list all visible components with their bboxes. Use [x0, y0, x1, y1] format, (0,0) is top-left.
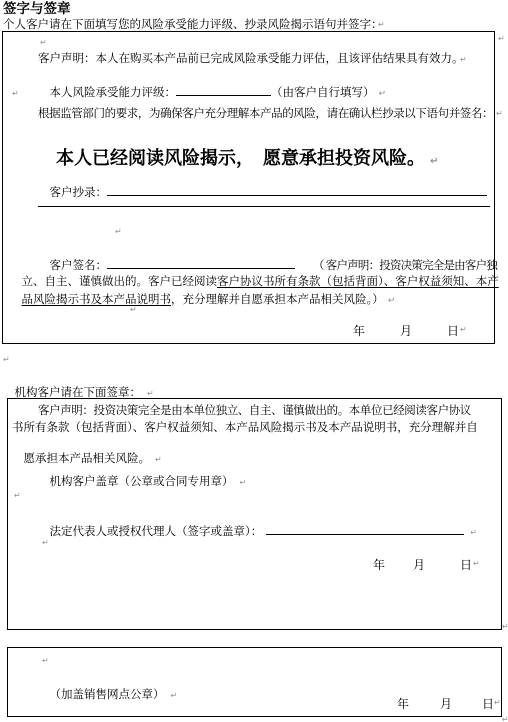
paragraph-mark: ↵	[470, 528, 477, 537]
page-title: 签字与签章	[3, 2, 71, 16]
paragraph-mark: ↵	[388, 296, 396, 306]
date-day-label: 日	[482, 695, 494, 712]
customer-copy-input-line-2[interactable]	[38, 194, 490, 207]
org-declaration-line1: 客户声明：投资决策完全是由本单位独立、自主、谨慎做出的。本单位已经阅读客户协议	[38, 404, 471, 418]
personal-declaration-text: 客户声明：本人在购买本产品前已完成风险承受能力评估，且该评估结果具有效力。	[38, 52, 464, 66]
risk-rating-input-line[interactable]	[176, 84, 271, 96]
paragraph-mark: ↵	[502, 716, 508, 722]
paragraph-mark: ↵	[496, 110, 503, 118]
paragraph-mark: ↵	[115, 228, 122, 236]
org-declaration-line2: 书所有条款（包括背面）、客户权益须知、本产品风险揭示书及本产品说明书，充分理解并…	[12, 421, 478, 435]
paragraph-mark: ↵	[3, 356, 10, 364]
date-year-label: 年	[373, 556, 385, 573]
paragraph-mark: ↵	[460, 56, 467, 64]
paragraph-mark: ↵	[42, 657, 49, 665]
signature-note-line3-post: ，充分理解并自愿承担本产品相关风险。）	[171, 294, 384, 306]
paragraph-mark: ↵	[65, 6, 72, 14]
paragraph-mark: ↵	[240, 478, 247, 487]
return-mark: ↵	[379, 89, 387, 99]
personal-intro-text: 个人客户请在下面填写您的风险承受能力评级、抄录风险揭示语句并签字：	[3, 18, 383, 32]
paragraph-mark: ↵	[171, 691, 178, 700]
legal-rep-row: 法定代表人或授权代理人（签字或盖章）：↵	[38, 509, 477, 554]
date-month-label: 月	[400, 322, 412, 339]
org-seal-label: 机构客户盖章（公章或合同专用章）	[50, 476, 234, 488]
date-year-label: 年	[353, 322, 365, 339]
date-day-label: 日	[447, 322, 459, 339]
date-month-label: 月	[413, 556, 425, 573]
paragraph-mark: ↵	[378, 21, 385, 29]
risk-statement-text: 本人已经阅读风险揭示， 愿意承担投资风险。	[56, 148, 425, 168]
paragraph-mark: ↵	[460, 326, 467, 334]
signature-note-line3-underlined: 品风险揭示书及本产品说明书	[22, 294, 172, 306]
legal-rep-label: 法定代表人或授权代理人（签字或盖章）：	[50, 526, 263, 538]
legal-rep-input-line[interactable]	[266, 523, 464, 535]
paragraph-mark: ↵	[473, 560, 480, 568]
org-seal-row: 机构客户盖章（公章或合同专用章）↵	[38, 461, 246, 504]
risk-rating-note: （由客户自行填写）	[271, 87, 375, 99]
risk-rating-label: 本人风险承受能力评级：	[50, 87, 177, 99]
paragraph-mark: ↵	[147, 389, 154, 398]
date-day-label: 日	[460, 556, 472, 573]
paragraph-mark: ↵	[42, 539, 49, 547]
date-year-label: 年	[397, 695, 409, 712]
paragraph-mark: ↵	[14, 492, 21, 500]
paragraph-mark: ↵	[498, 35, 505, 43]
paragraph-mark: ↵	[494, 699, 501, 707]
paragraph-mark: ↵	[40, 39, 47, 47]
date-month-label: 月	[440, 695, 452, 712]
copy-instruction-text: 根据监管部门的要求，为确保客户充分理解本产品的风险，请在确认栏抄录以下语句并签名…	[38, 107, 493, 121]
return-mark: ↵	[430, 156, 438, 167]
outlet-seal-note: （加盖销售网点公章）	[50, 689, 165, 701]
document-page: 签字与签章 ↵ 个人客户请在下面填写您的风险承受能力评级、抄录风险揭示语句并签字…	[0, 0, 508, 722]
customer-copy-row: 客户抄录：	[38, 170, 487, 214]
paragraph-mark: ↵	[502, 623, 508, 631]
outlet-seal-row: （加盖销售网点公章）↵	[38, 674, 177, 717]
paragraph-mark: ↵	[130, 306, 137, 314]
signature-note-line3: 品风险揭示书及本产品说明书，充分理解并自愿承担本产品相关风险。）↵	[10, 279, 395, 322]
paragraph-mark: ↵	[12, 90, 19, 98]
